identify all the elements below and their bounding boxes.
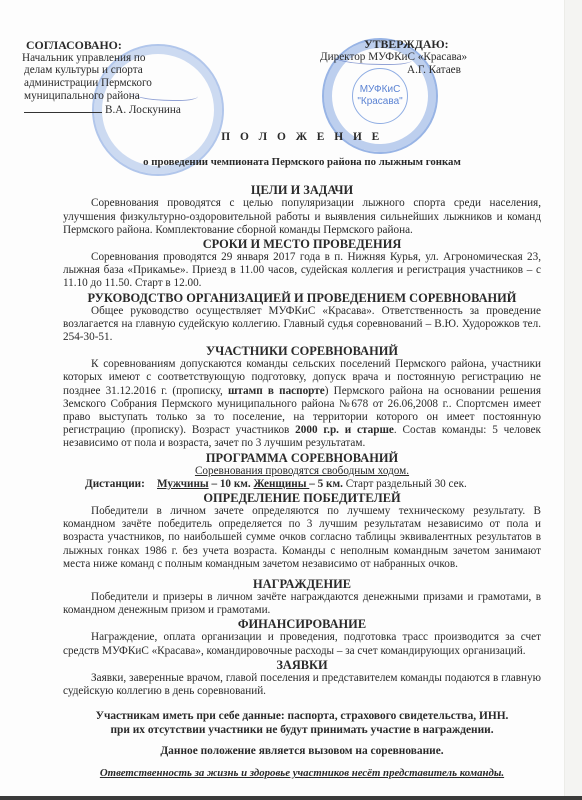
- page-bottom-border: [0, 796, 582, 800]
- section-text-winners: Победители в личном зачете определяются …: [63, 505, 541, 571]
- section-heading-program: ПРОГРАММА СОРЕВНОВАНИЙ: [63, 451, 541, 465]
- distances-row: Дистанции: Мужчины – 10 км. Женщины – 5 …: [63, 478, 541, 491]
- document-subtitle: о проведении чемпионата Пермского района…: [63, 156, 541, 169]
- start-info: Старт раздельный 30 сек.: [343, 478, 467, 490]
- approval-line: муниципального района: [22, 90, 192, 103]
- text-emphasis: штамп в паспорте: [228, 385, 325, 397]
- section-text-applications: Заявки, заверенные врачом, главой поселе…: [63, 672, 541, 698]
- approval-heading-left: СОГЛАСОВАНО:: [22, 39, 192, 52]
- document-page: МУФКиС "Красава" СОГЛАСОВАНО: Начальник …: [0, 0, 564, 796]
- approver-position: Директор МУФКиС «Красава»: [320, 51, 550, 64]
- section-heading-management: РУКОВОДСТВО ОРГАНИЗАЦИЕЙ И ПРОВЕДЕНИЕМ С…: [63, 291, 541, 305]
- section-text-financing: Награждение, оплата организации и провед…: [63, 631, 541, 657]
- approval-block-right: УТВЕРЖДАЮ: Директор МУФКиС «Красава» А.Г…: [320, 38, 550, 77]
- approval-line: делам культуры и спорта: [22, 64, 192, 77]
- invitation-note: Данное положение является вызовом на сор…: [63, 745, 541, 759]
- signature-underline: [24, 103, 102, 113]
- documents-note-line-1: Участникам иметь при себе данные: паспор…: [63, 710, 541, 724]
- men-distance: – 10 км.: [209, 478, 254, 490]
- signatory-name-left: В.А. Лоскунина: [105, 104, 181, 116]
- section-text-awards: Победители и призеры в личном зачёте наг…: [63, 591, 541, 617]
- program-style-note: Соревнования проводятся свободным ходом.: [63, 465, 541, 478]
- section-heading-awards: НАГРАЖДЕНИЕ: [63, 577, 541, 591]
- section-heading-winners: ОПРЕДЕЛЕНИЕ ПОБЕДИТЕЛЕЙ: [63, 491, 541, 505]
- section-heading-dates: СРОКИ И МЕСТО ПРОВЕДЕНИЯ: [63, 237, 541, 251]
- document-title: П О Л О Ж Е Н И Е: [63, 131, 541, 144]
- section-text-management: Общее руководство осуществляет МУФКиС «К…: [63, 305, 541, 345]
- seal-line-1: МУФКиС: [360, 84, 401, 96]
- section-heading-financing: ФИНАНСИРОВАНИЕ: [63, 617, 541, 631]
- seal-line-2: "Красава": [357, 96, 402, 108]
- page-edge-shadow: [564, 0, 582, 800]
- approval-block-left: СОГЛАСОВАНО: Начальник управления по дел…: [22, 39, 192, 116]
- approval-line: администрации Пермского: [22, 77, 192, 90]
- section-text-participants: К соревнованиям допускаются команды сель…: [63, 358, 541, 450]
- section-heading-goals: ЦЕЛИ И ЗАДАЧИ: [63, 183, 541, 197]
- women-distance: – 5 км.: [309, 478, 343, 490]
- section-text-dates: Соревнования проводятся 29 января 2017 г…: [63, 251, 541, 291]
- distances-label: Дистанции:: [63, 478, 157, 491]
- section-heading-applications: ЗАЯВКИ: [63, 658, 541, 672]
- signatory-name-right: А.Г. Катаев: [320, 64, 550, 77]
- signatory-line-left: В.А. Лоскунина: [22, 103, 192, 117]
- distances-value: Мужчины – 10 км. Женщины – 5 км. Старт р…: [157, 478, 467, 491]
- responsibility-note: Ответственность за жизнь и здоровье учас…: [63, 767, 541, 780]
- women-label: Женщины: [253, 478, 309, 490]
- documents-note-line-2: при их отсутствии участники не будут при…: [63, 724, 541, 738]
- document-body: П О Л О Ж Е Н И Е о проведении чемпионат…: [63, 131, 541, 780]
- approval-line: Начальник управления по: [22, 52, 192, 65]
- approval-heading-right: УТВЕРЖДАЮ:: [320, 38, 550, 51]
- section-text-goals: Соревнования проводятся с целью популяри…: [63, 197, 541, 237]
- men-label: Мужчины: [157, 478, 209, 490]
- text-emphasis: 2000 г.р. и старше: [295, 424, 394, 436]
- section-heading-participants: УЧАСТНИКИ СОРЕВНОВАНИЙ: [63, 344, 541, 358]
